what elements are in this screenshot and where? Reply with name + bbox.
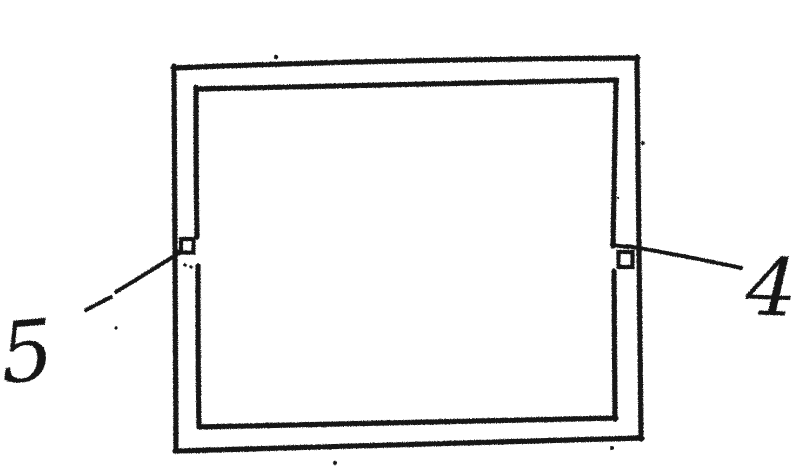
- outer-frame-bottom-edge: [175, 438, 642, 451]
- component-4-connector: [612, 245, 627, 247]
- leader-line-5-segment-2: [116, 252, 181, 292]
- scan-speck: [114, 326, 117, 329]
- outer-frame-top-edge: [173, 58, 638, 68]
- inner-frame: [196, 80, 617, 427]
- inner-frame-left-edge-lower: [198, 266, 199, 427]
- scan-speck: [274, 55, 278, 59]
- inner-frame-top-edge: [196, 80, 617, 89]
- scan-speck: [189, 265, 193, 269]
- component-5-square: [181, 239, 194, 253]
- component-4-square: [619, 252, 633, 267]
- reference-numeral-5: 5: [0, 301, 58, 403]
- leader-line-4: [627, 246, 741, 268]
- reference-numeral-4: 4: [743, 240, 798, 335]
- inner-frame-bottom-edge: [199, 418, 616, 427]
- scan-speck: [610, 446, 614, 450]
- inner-frame-right-edge-lower: [614, 271, 615, 419]
- outer-frame-left-edge: [174, 66, 176, 451]
- outer-frame: [173, 57, 642, 451]
- scan-speck: [183, 263, 187, 267]
- scan-speck: [333, 461, 337, 465]
- inner-frame-left-edge-upper: [196, 87, 197, 237]
- scan-speck: [641, 141, 645, 145]
- leader-line-5-segment-1: [86, 297, 111, 310]
- patent-figure-drawing: 5 4: [0, 0, 800, 469]
- inner-frame-right-edge-upper: [613, 80, 616, 246]
- scan-speck: [617, 197, 619, 199]
- scanned-drawing-page: 5 4: [0, 0, 800, 469]
